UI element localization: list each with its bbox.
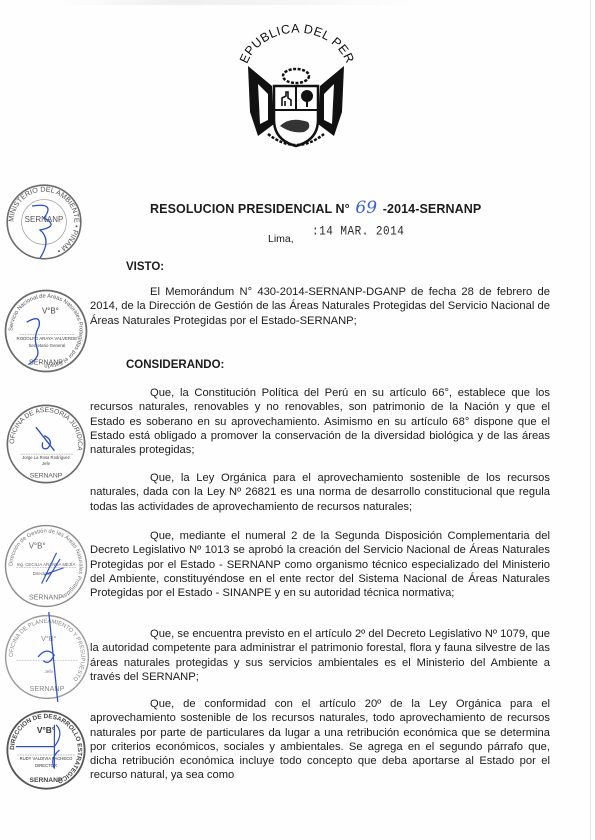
title-suffix: -2014-SERNANP bbox=[383, 202, 482, 216]
paragraph-text: Que, la Ley Orgánica para el aprovechami… bbox=[90, 471, 550, 514]
paragraph-constitucion: Que, la Constitución Política del Perú e… bbox=[90, 386, 550, 457]
date-stamp: :14 MAR. 2014 bbox=[312, 225, 404, 239]
svg-text:Servicio Nacional de Areas Nat: Servicio Nacional de Areas Naturales Pro… bbox=[9, 294, 84, 369]
resolution-title: RESOLUCION PRESIDENCIAL N° 69 -2014-SERN… bbox=[150, 198, 481, 218]
paragraph-decreto-1079: Que, se encuentra previsto en el artícul… bbox=[90, 627, 550, 684]
paragraph-text: Que, de conformidad con el artículo 20º … bbox=[90, 697, 550, 783]
paragraph-visto: El Memorándum N° 430-2014-SERNANP-DGANP … bbox=[90, 285, 550, 328]
svg-text:Jorge La Rosa Rodríguez: Jorge La Rosa Rodríguez bbox=[22, 455, 70, 460]
stamp-planeamiento-presupuesto: OFICINA DE PLANEAMIENTO Y PRESUPUESTO V°… bbox=[2, 612, 92, 702]
svg-text:Ing. CECILIA ARANDA MEJÍA: Ing. CECILIA ARANDA MEJÍA bbox=[17, 562, 76, 567]
stamp-ministerio-ambiente: MINISTERIO DEL AMBIENTE • PINAM • SERNAN… bbox=[4, 182, 84, 262]
svg-text:SERNANP: SERNANP bbox=[30, 473, 63, 480]
svg-text:SERNANP: SERNANP bbox=[30, 684, 65, 693]
coat-of-arms-label: REPUBLICA DEL PERU bbox=[228, 24, 357, 65]
svg-text:Jefe: Jefe bbox=[42, 461, 51, 466]
document-page: REPUBLICA DEL PERU RESOLUCION PRES bbox=[0, 0, 595, 840]
svg-text:RODOLFO ARAYA VALVERDE: RODOLFO ARAYA VALVERDE bbox=[17, 336, 78, 341]
title-prefix: RESOLUCION PRESIDENCIAL N° bbox=[150, 202, 350, 216]
svg-text:SERNANP: SERNANP bbox=[25, 215, 64, 224]
stamp-secretaria-general: Servicio Nacional de Areas Naturales Pro… bbox=[2, 287, 90, 375]
paragraph-text: Que, mediante el numeral 2 de la Segunda… bbox=[90, 529, 550, 600]
svg-text:SERNANP: SERNANP bbox=[30, 777, 63, 784]
scan-smudge bbox=[60, 0, 420, 5]
svg-text:V°B°: V°B° bbox=[29, 541, 46, 550]
considerando-heading: CONSIDERANDO: bbox=[126, 359, 224, 371]
svg-text:V°B°: V°B° bbox=[41, 634, 56, 643]
svg-text:REPUBLICA DEL PERU: REPUBLICA DEL PERU bbox=[228, 24, 357, 65]
paragraph-ley-organica: Que, la Ley Orgánica para el aprovechami… bbox=[90, 471, 550, 514]
paragraph-text: El Memorándum N° 430-2014-SERNANP-DGANP … bbox=[90, 285, 550, 328]
paragraph-text: Que, se encuentra previsto en el artícul… bbox=[90, 627, 550, 684]
paragraph-text: Que, la Constitución Política del Perú e… bbox=[90, 386, 550, 457]
paragraph-articulo-20: Que, de conformidad con el artículo 20º … bbox=[90, 697, 550, 783]
svg-text:DIRECCION DE DESARROLLO ESTRAT: DIRECCION DE DESARROLLO ESTRATEGICO bbox=[9, 713, 83, 784]
paragraph-decreto-1013: Que, mediante el numeral 2 de la Segunda… bbox=[90, 529, 550, 600]
coat-of-arms-icon: REPUBLICA DEL PERU bbox=[228, 24, 364, 154]
stamp-direccion-gestion-anp: Dirección de Gestión de las Áreas Natura… bbox=[2, 522, 90, 610]
svg-text:V°B°: V°B° bbox=[37, 725, 55, 735]
svg-text:V°B°: V°B° bbox=[42, 306, 59, 315]
svg-text:OFICINA DE ASESORIA JURIDICA: OFICINA DE ASESORIA JURIDICA bbox=[9, 407, 83, 452]
svg-text:SERNANP: SERNANP bbox=[29, 594, 63, 601]
svg-text:Secretario General: Secretario General bbox=[28, 343, 65, 348]
page-edge bbox=[590, 0, 591, 840]
coat-of-arms: REPUBLICA DEL PERU bbox=[228, 24, 364, 154]
svg-text:Jefe: Jefe bbox=[45, 669, 54, 674]
visto-heading: VISTO: bbox=[126, 261, 164, 273]
place-label: Lima, bbox=[268, 233, 294, 245]
handwritten-number: 69 bbox=[355, 198, 377, 218]
svg-text:RUDY VALDIVIA PACHECO: RUDY VALDIVIA PACHECO bbox=[20, 756, 74, 761]
stamp-desarrollo-estrategico: DIRECCION DE DESARROLLO ESTRATEGICO V°B°… bbox=[4, 708, 88, 792]
stamp-asesoria-juridica: OFICINA DE ASESORIA JURIDICA Jorge La Ro… bbox=[4, 402, 88, 486]
